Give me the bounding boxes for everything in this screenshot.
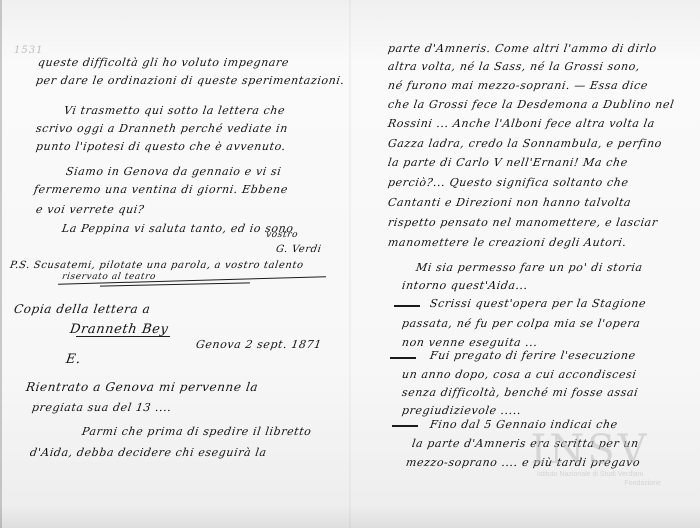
letter-scan: 1531 queste difficoltà gli ho voluto imp… (0, 0, 700, 528)
watermark-logo: INSV (505, 430, 675, 470)
text-line: Parmi che prima di spedire il libretto (81, 425, 312, 438)
text-line: Cantanti e Direzioni non hanno talvolta (387, 196, 632, 209)
text-line: scrivo oggi a Dranneth perché vediate in (35, 122, 289, 135)
date-line: Genova 2 sept. 1871 (195, 338, 323, 351)
text-line: né furono mai mezzo-soprani. — Essa dice (387, 79, 649, 92)
margin-mark: 1531 (14, 45, 43, 56)
text-line: manomettere le creazioni degli Autori. (387, 236, 627, 249)
text-line: pregiata sua del 13 .... (31, 401, 172, 414)
text-line: non venne eseguita ... (401, 336, 538, 349)
text-line: la parte di Carlo V nell'Ernani! Ma che (387, 156, 629, 169)
closing-line: vostro (265, 230, 298, 240)
text-line: Siamo in Genova da gennaio e vi si (65, 165, 282, 178)
watermark-subtext: Fondazione (505, 479, 675, 488)
text-line: per dare le ordinazioni di queste sperim… (35, 74, 345, 87)
text-line: punto l'ipotesi di questo che è avvenuto… (35, 140, 287, 153)
section-dash (394, 305, 420, 307)
text-line: Vi trasmetto qui sotto la lettera che (63, 104, 286, 117)
salutation: E. (65, 352, 82, 367)
text-line: senza difficoltà, benché mi fosse assai (401, 386, 639, 399)
section-dash (392, 425, 418, 427)
institution-watermark: INSV Istituto Nazionale di Studi Verdian… (505, 430, 675, 510)
text-line: Rossini ... Anche l'Alboni fece altra vo… (387, 117, 656, 130)
text-line: parte d'Amneris. Come altri l'ammo di di… (387, 42, 658, 55)
text-line: che la Grossi fece la Desdemona a Dublin… (387, 98, 675, 111)
postscript-line: P.S. Scusatemi, pilotate una parola, a v… (9, 260, 304, 271)
section-dash (390, 357, 416, 359)
text-line: Rientrato a Genova mi pervenne la (25, 380, 259, 394)
text-line: pregiudizievole ..... (401, 404, 522, 417)
copy-heading-name: Dranneth Bey (69, 322, 169, 337)
text-line: rispetto pensato nel manomettere, e lasc… (387, 216, 659, 229)
page-shadow (0, 506, 700, 528)
left-page: 1531 queste difficoltà gli ho voluto imp… (0, 0, 350, 528)
heading-underline (76, 336, 170, 337)
text-line: Scrissi quest'opera per la Stagione (429, 297, 647, 310)
text-line: perciò?... Questo significa soltanto che (387, 176, 629, 189)
text-line: altra volta, né la Sass, né la Grossi so… (387, 60, 641, 73)
text-line: un anno dopo, cosa a cui accondiscesi (401, 368, 637, 381)
text-line: Gazza ladra, credo la Sonnambula, e perf… (387, 137, 663, 150)
text-line: passata, né fu per colpa mia se l'opera (401, 317, 641, 330)
text-line: e voi verrete qui? (35, 203, 145, 216)
signature: G. Verdi (275, 244, 322, 255)
text-line: queste difficoltà gli ho voluto impegnar… (37, 56, 290, 69)
text-line: Mi sia permesso fare un po' di storia (415, 261, 644, 274)
copy-heading: Copia della lettera a (13, 302, 151, 316)
text-line: La Peppina vi saluta tanto, ed io sono (61, 222, 294, 235)
text-line: d'Aida, debba decidere chi eseguirà la (29, 446, 267, 459)
text-line: intorno quest'Aida... (401, 279, 529, 292)
text-line: Fui pregato di ferire l'esecuzione (429, 349, 637, 362)
text-line: fermeremo una ventina di giorni. Ebbene (33, 183, 289, 196)
